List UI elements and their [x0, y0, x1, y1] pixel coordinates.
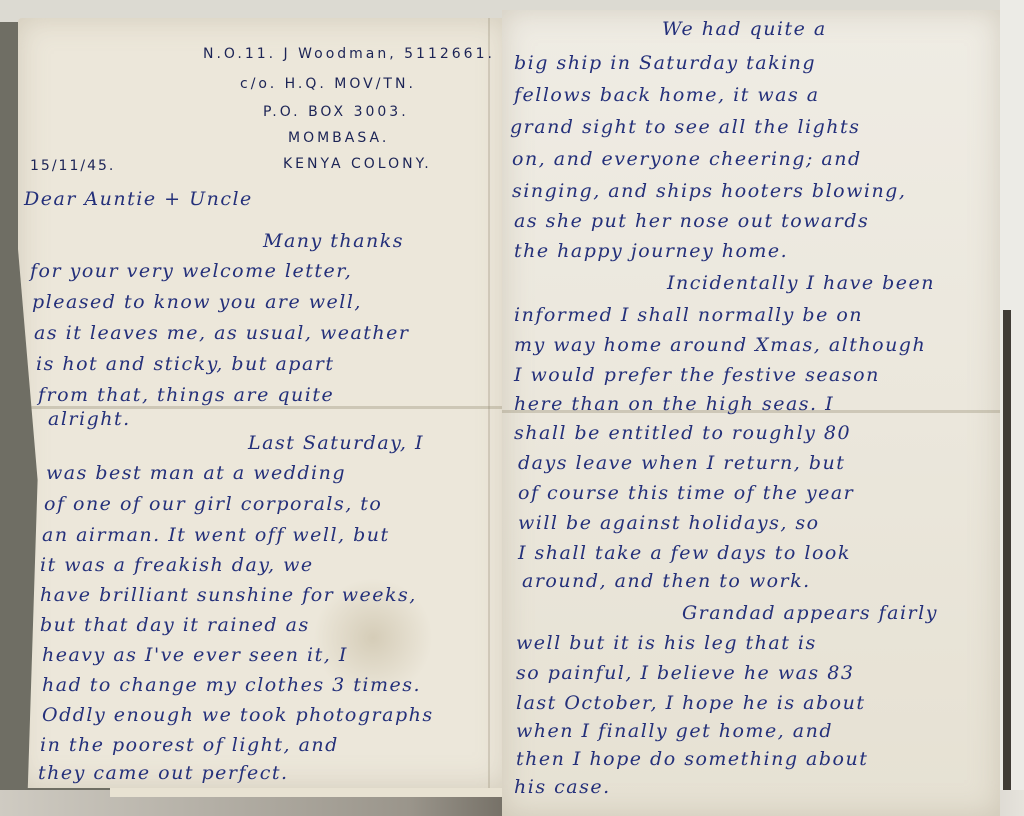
body-line: well but it is his leg that is — [516, 632, 817, 654]
body-line: had to change my clothes 3 times. — [42, 674, 421, 696]
body-line: as it leaves me, as usual, weather — [34, 322, 409, 344]
salutation: Dear Auntie + Uncle — [24, 188, 253, 210]
body-line: I would prefer the festive season — [514, 364, 880, 386]
body-line: last October, I hope he is about — [516, 692, 865, 714]
body-line: alright. — [48, 408, 131, 430]
body-line: around, and then to work. — [522, 570, 811, 592]
body-line: from that, things are quite — [38, 384, 334, 406]
body-line: it was a freakish day, we — [40, 554, 314, 576]
body-line: an airman. It went off well, but — [42, 524, 390, 546]
body-line: was best man at a wedding — [46, 462, 346, 484]
page-shadow — [1003, 310, 1011, 790]
paper-fold — [488, 18, 490, 788]
body-line: days leave when I return, but — [518, 452, 845, 474]
body-line: Incidentally I have been — [667, 272, 935, 294]
body-line: when I finally get home, and — [516, 720, 833, 742]
sender-line-5: KENYA COLONY. — [283, 156, 432, 172]
body-line: heavy as I've ever seen it, I — [42, 644, 348, 666]
body-line: Grandad appears fairly — [682, 602, 938, 624]
body-line: fellows back home, it was a — [514, 84, 820, 106]
body-line: my way home around Xmas, although — [514, 334, 926, 356]
letter-date: 15/11/45. — [30, 158, 115, 174]
body-line: they came out perfect. — [38, 762, 289, 784]
body-line: in the poorest of light, and — [40, 734, 339, 756]
body-line: his case. — [514, 776, 611, 798]
sender-line-3: P.O. BOX 3003. — [263, 104, 409, 120]
body-line: Last Saturday, I — [248, 432, 424, 454]
sender-line-2: c/o. H.Q. MOV/TN. — [240, 76, 416, 92]
body-line: of one of our girl corporals, to — [44, 493, 382, 515]
body-line: as she put her nose out towards — [514, 210, 869, 232]
body-line: will be against holidays, so — [518, 512, 820, 534]
body-line: then I hope do something about — [516, 748, 868, 770]
body-line: shall be entitled to roughly 80 — [514, 422, 851, 444]
body-line: informed I shall normally be on — [514, 304, 863, 326]
body-line: grand sight to see all the lights — [510, 116, 860, 138]
body-line: We had quite a — [662, 18, 827, 40]
body-line: Many thanks — [263, 230, 404, 252]
body-line: Oddly enough we took photographs — [42, 704, 434, 726]
sender-line-4: MOMBASA. — [288, 130, 389, 146]
body-line: I shall take a few days to look — [518, 542, 851, 564]
body-line: here than on the high seas. I — [514, 393, 834, 415]
body-line: the happy journey home. — [514, 240, 788, 262]
body-line: have brilliant sunshine for weeks, — [40, 584, 417, 606]
letter-page-left: N.O.11. J Woodman, 5112661. c/o. H.Q. MO… — [18, 18, 508, 788]
body-line: for your very welcome letter, — [30, 260, 352, 282]
body-line: pleased to know you are well, — [32, 291, 362, 313]
body-line: is hot and sticky, but apart — [36, 353, 335, 375]
body-line: singing, and ships hooters blowing, — [512, 180, 906, 202]
body-line: so painful, I believe he was 83 — [516, 662, 854, 684]
body-line: but that day it rained as — [40, 614, 310, 636]
body-line: big ship in Saturday taking — [514, 52, 816, 74]
body-line: of course this time of the year — [518, 482, 854, 504]
letter-page-right: We had quite a big ship in Saturday taki… — [502, 10, 1000, 816]
body-line: on, and everyone cheering; and — [512, 148, 862, 170]
sender-line-1: N.O.11. J Woodman, 5112661. — [203, 46, 495, 62]
